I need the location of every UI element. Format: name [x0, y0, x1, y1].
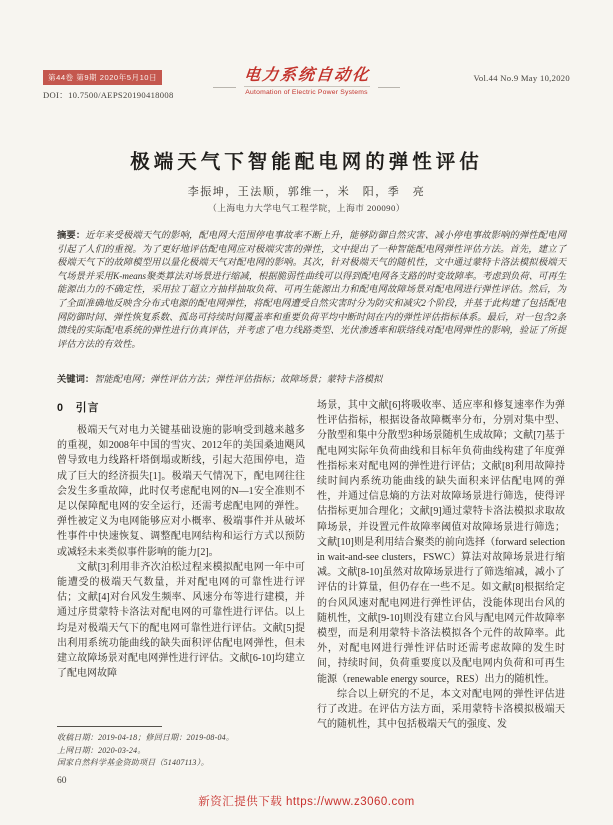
abstract-block: 摘要：近年来受极端天气的影响，配电网大范围停电事故率不断上升，能够防御自然灾害、… — [57, 229, 566, 352]
keywords-label: 关键词： — [57, 374, 94, 384]
intro-paragraph: 场景，其中文献[6]将吸收率、适应率和修复速率作为弹性评估指标，根据设备故障概率… — [317, 398, 565, 687]
right-column: 场景，其中文献[6]将吸收率、适应率和修复速率作为弹性评估指标，根据设备故障概率… — [317, 398, 565, 770]
issue-badge: 第44卷 第9期 2020年5月10日 — [43, 70, 162, 85]
keywords-text: 智能配电网；弹性评估方法；弹性评估指标；故障场景；蒙特卡洛模拟 — [94, 375, 382, 385]
footnote-received-date: 收稿日期：2019-04-18；修回日期：2019-08-04。 — [57, 732, 305, 745]
download-watermark[interactable]: 新资汇提供下载 https://www.z3060.com — [0, 793, 613, 809]
body-columns: 0 引言 极端天气对电力关键基础设施的影响受到越来越多的重视，如2008年中国的… — [57, 398, 566, 770]
abstract-label: 摘要： — [57, 230, 85, 240]
keywords-block: 关键词：智能配电网；弹性评估方法；弹性评估指标；故障场景；蒙特卡洛模拟 — [57, 373, 566, 388]
volume-info: Vol.44 No.9 May 10,2020 — [400, 73, 570, 83]
page-header: 第44卷 第9期 2020年5月10日 DOI：10.7500/AEPS2019… — [43, 67, 570, 101]
intro-paragraph: 极端天气对电力关键基础设施的影响受到越来越多的重视，如2008年中国的雪灾、20… — [57, 423, 305, 560]
footnote-online-date: 上网日期：2020-03-24。 — [57, 745, 305, 758]
footnote-block: 收稿日期：2019-04-18；修回日期：2019-08-04。 上网日期：20… — [57, 722, 305, 770]
authors-line: 李振坤，王法顺，郭维一，米 阳，季 亮 — [0, 183, 613, 199]
footnote-rule — [57, 726, 162, 727]
affiliation-line: （上海电力大学电气工程学院，上海市 200090） — [0, 201, 613, 214]
journal-logo: 电力系统自动化 Automation of Electric Power Sys… — [213, 68, 400, 96]
logo-left-rule — [213, 87, 236, 88]
article-title: 极端天气下智能配电网的弹性评估 — [0, 146, 613, 174]
journal-page: 第44卷 第9期 2020年5月10日 DOI：10.7500/AEPS2019… — [0, 0, 613, 825]
footnote-funding: 国家自然科学基金资助项目（51407113）。 — [57, 757, 305, 770]
intro-paragraph: 综合以上研究的不足，本文对配电网的弹性评估进行了改进。在评估方法方面，采用蒙特卡… — [317, 687, 565, 733]
doi-text: DOI：10.7500/AEPS20190418008 — [43, 89, 213, 101]
page-number: 60 — [57, 776, 67, 786]
abstract-text: 近年来受极端天气的影响，配电网大范围停电事故率不断上升，能够防御自然灾害、减小停… — [57, 231, 566, 350]
left-column: 0 引言 极端天气对电力关键基础设施的影响受到越来越多的重视，如2008年中国的… — [57, 398, 305, 770]
intro-paragraph: 文献[3]利用非齐次泊松过程来模拟配电网一年中可能遭受的极端天气数量，并对配电网… — [57, 560, 305, 682]
journal-name-cn: 电力系统自动化 — [243, 68, 371, 84]
logo-right-rule — [378, 87, 401, 88]
section-heading-intro: 0 引言 — [57, 400, 305, 415]
header-left: 第44卷 第9期 2020年5月10日 DOI：10.7500/AEPS2019… — [43, 67, 213, 101]
journal-name-en: Automation of Electric Power Systems — [244, 86, 370, 96]
